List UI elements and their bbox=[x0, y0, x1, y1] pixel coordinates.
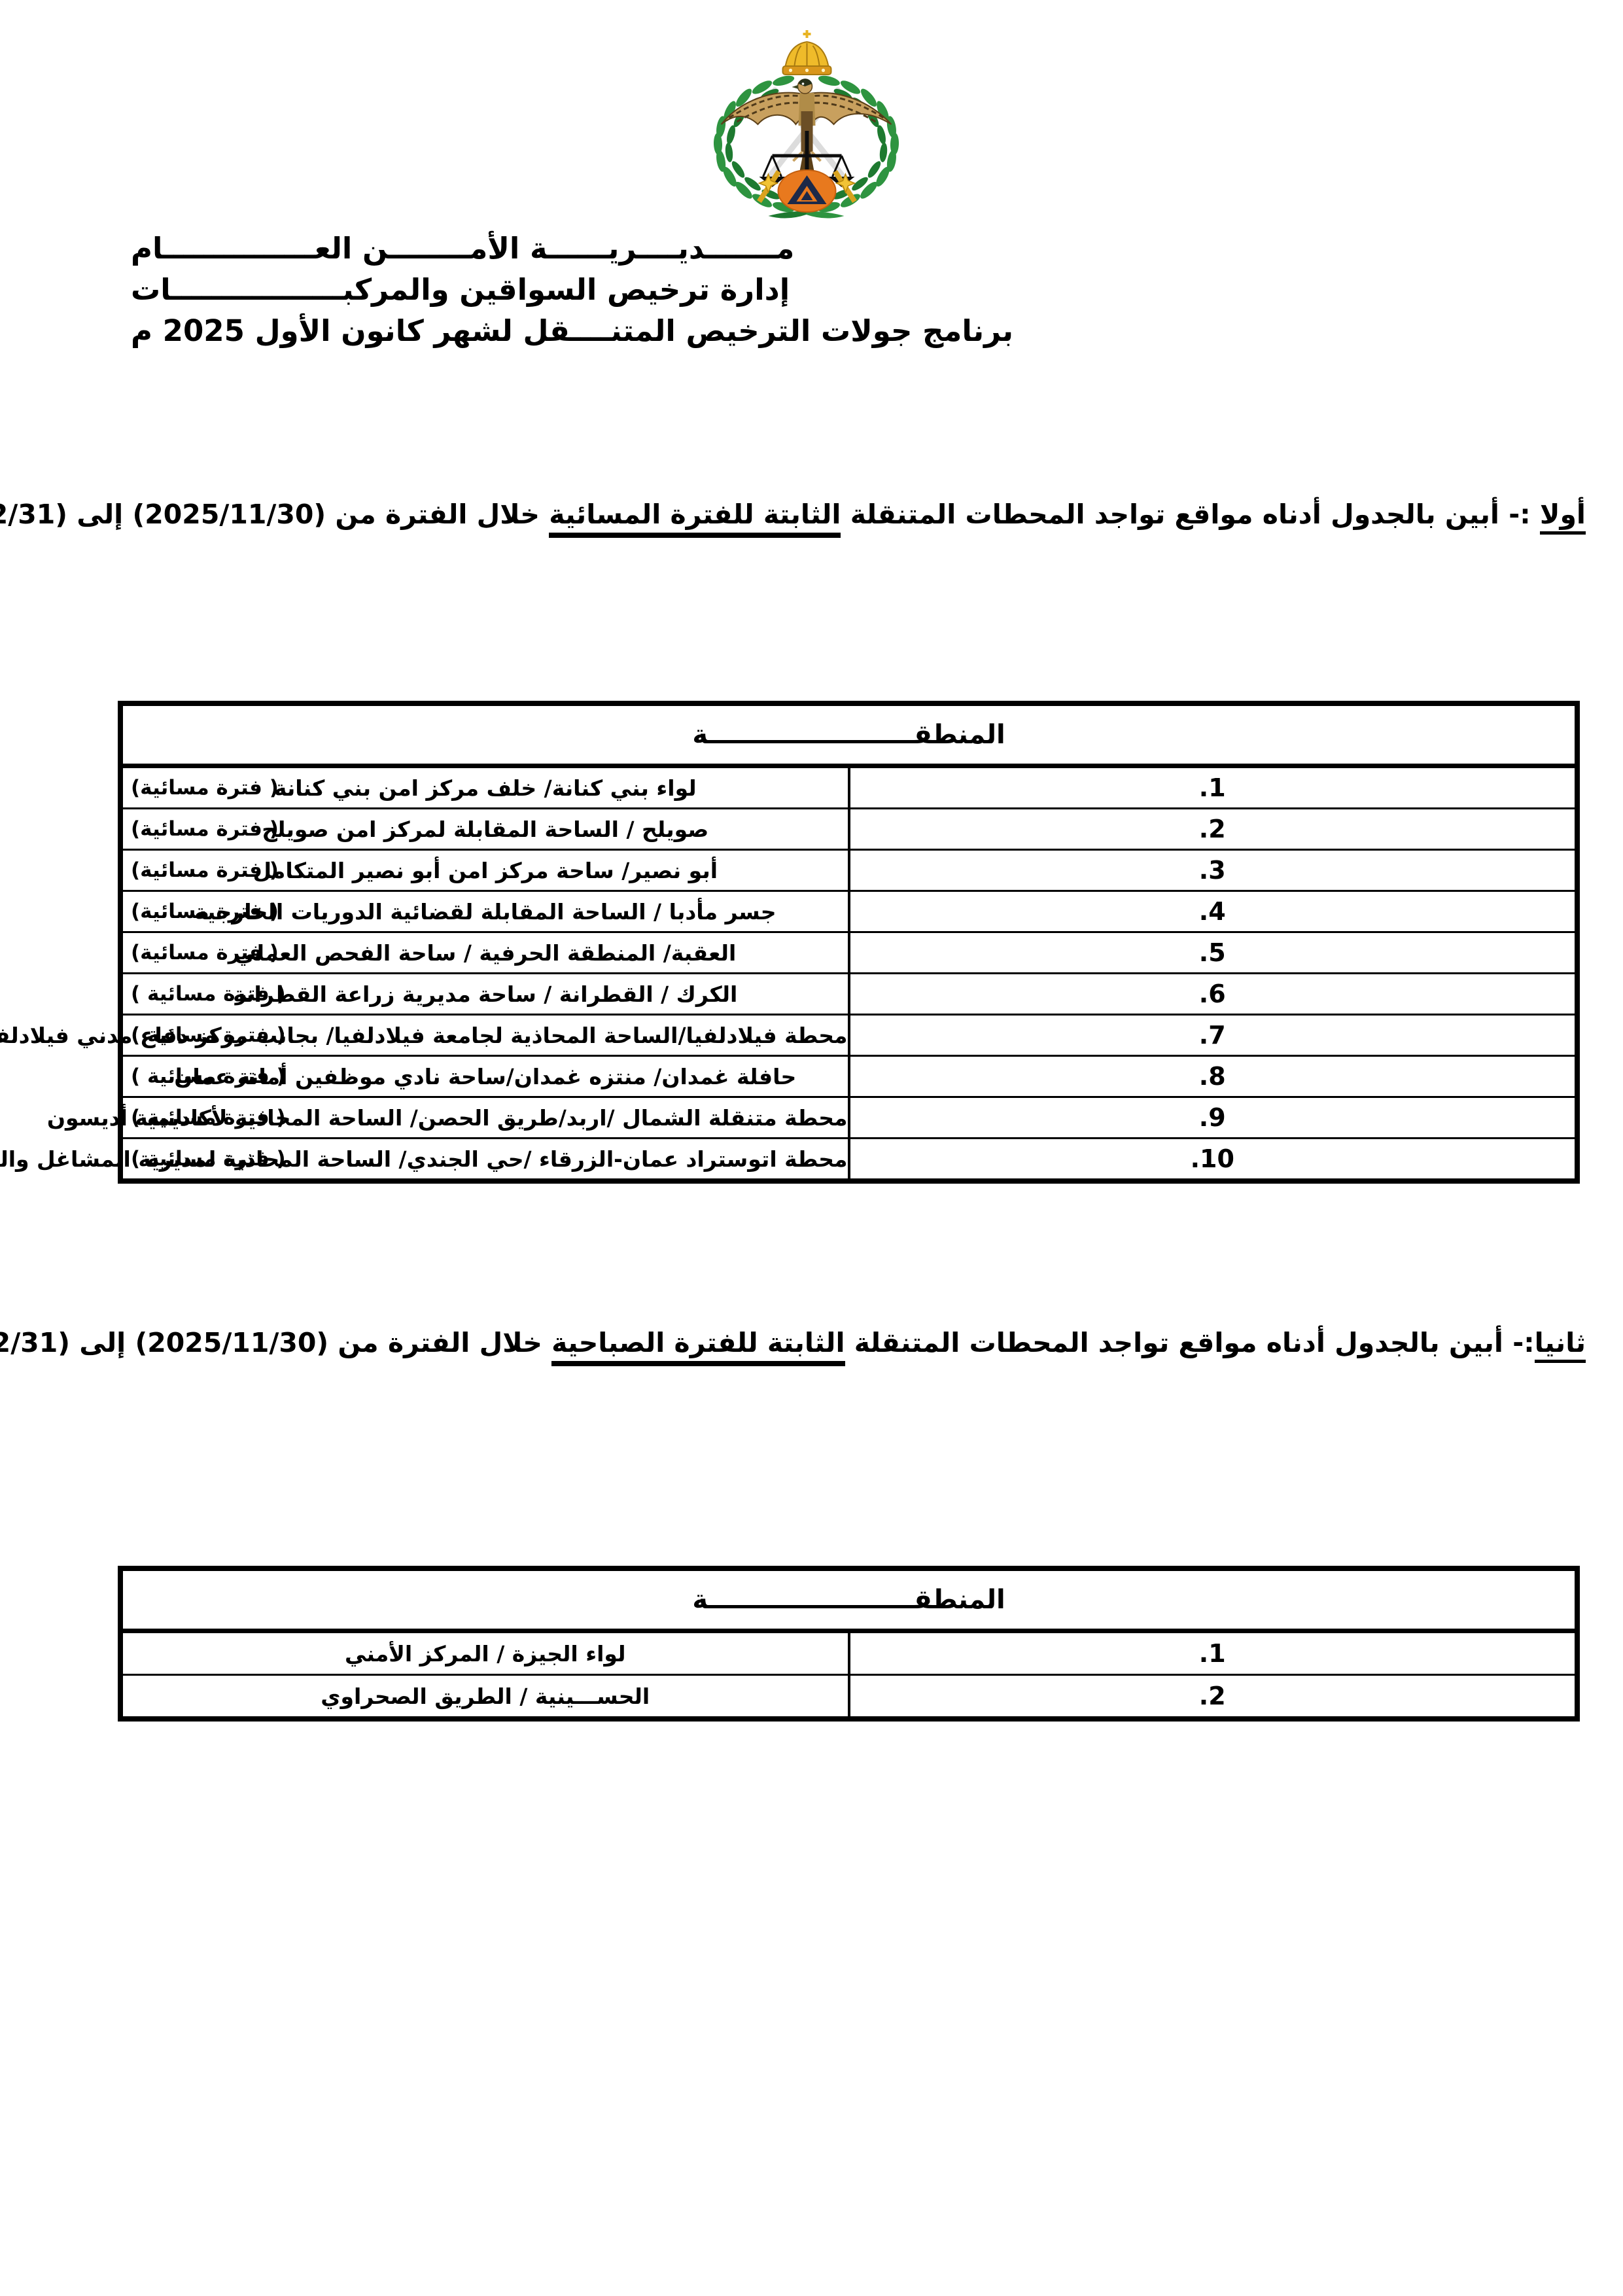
row-number: 5. bbox=[849, 932, 1578, 974]
station-location: صويلح / الساحة المقابلة لمركز امن صويلح bbox=[262, 817, 708, 842]
station-location: لواء الجيزة / المركز الأمني bbox=[345, 1641, 625, 1667]
period-label: ( فترة مسائية ) bbox=[131, 982, 286, 1006]
morning-stations-table: المنطقـــــــــــــــــــــــة 1. لواء ا… bbox=[118, 1566, 1580, 1722]
row-number: 4. bbox=[849, 891, 1578, 932]
station-location: محطة اتوستراد عمان-الزرقاء /حي الجندي/ ا… bbox=[0, 1146, 848, 1172]
table-row: 1. لواء الجيزة / المركز الأمني bbox=[120, 1631, 1577, 1675]
table-row: 6. الكرك / القطرانة / ساحة مديرية زراعة … bbox=[120, 974, 1577, 1015]
header-row: المنطقـــــــــــــــــــــــة bbox=[120, 1568, 1577, 1631]
period-label: ( فترة مسائية ) bbox=[131, 1023, 286, 1047]
second-section-label: ثانيا bbox=[1535, 1327, 1586, 1363]
station-location: لواء بني كنانة/ خلف مركز امن بني كنانة bbox=[274, 775, 697, 801]
table-head: المنطقـــــــــــــــــــــــة bbox=[120, 703, 1577, 766]
intro-date-range: خلال الفترة من (2025/11/30) إلى (2025/12… bbox=[0, 499, 549, 530]
first-section-intro: أولا :- أبين بالجدول أدناه مواقع تواجد ا… bbox=[20, 496, 1586, 533]
directorate-title: مـــــــديــــريــــــة الأمــــــــن ال… bbox=[131, 228, 1066, 269]
table-row: 9. محطة متنقلة الشمال /اربد/طريق الحصن/ … bbox=[120, 1097, 1577, 1139]
row-number: 1. bbox=[849, 1631, 1578, 1675]
letterhead: مـــــــديــــريــــــة الأمــــــــن ال… bbox=[131, 228, 1066, 351]
region-column-header: المنطقـــــــــــــــــــــــة bbox=[120, 1568, 1577, 1631]
period-label: ( فترة مسائية) bbox=[131, 817, 279, 841]
table-row: 7. محطة فيلادلفيا/الساحة المحاذية لجامعة… bbox=[120, 1015, 1577, 1056]
intro-separator: :- bbox=[1499, 499, 1540, 530]
second-section-intro: ثانيا:- أبين بالجدول أدناه مواقع تواجد ا… bbox=[20, 1324, 1586, 1361]
table-row: 10. محطة اتوستراد عمان-الزرقاء /حي الجند… bbox=[120, 1139, 1577, 1182]
document-page: مـــــــديــــريــــــة الأمــــــــن ال… bbox=[0, 0, 1623, 2296]
row-number: 3. bbox=[849, 850, 1578, 891]
table-row: 5. العقبة/ المنطقة الحرفية / ساحة الفحص … bbox=[120, 932, 1577, 974]
intro-separator: :- bbox=[1503, 1327, 1535, 1358]
period-label: ( فترة مسائية ) bbox=[131, 1147, 286, 1171]
row-number: 10. bbox=[849, 1139, 1578, 1182]
region-column-header: المنطقـــــــــــــــــــــــة bbox=[120, 703, 1577, 766]
row-number: 2. bbox=[849, 809, 1578, 850]
table-row: 3. أبو نصير/ ساحة مركز امن أبو نصير المت… bbox=[120, 850, 1577, 891]
evening-period-phrase: الثابتة للفترة المسائية bbox=[549, 499, 841, 538]
period-label: ( فترة مسائية) bbox=[131, 900, 279, 923]
intro-body-text: أبين بالجدول أدناه مواقع تواجد المحطات ا… bbox=[845, 1327, 1503, 1358]
period-label: ( فترة مسائية ) bbox=[131, 1106, 286, 1129]
table-head: المنطقـــــــــــــــــــــــة bbox=[120, 1568, 1577, 1631]
row-number: 9. bbox=[849, 1097, 1578, 1139]
table-row: 2. الحســـينية / الطريق الصحراوي bbox=[120, 1675, 1577, 1720]
period-label: ( فترة مسائية ) bbox=[131, 1065, 286, 1088]
row-number: 7. bbox=[849, 1015, 1578, 1056]
station-location: العقبة/ المنطقة الحرفية / ساحة الفحص الع… bbox=[234, 940, 736, 966]
row-number: 2. bbox=[849, 1675, 1578, 1720]
department-title: إدارة ترخيص السواقين والمركبــــــــــــ… bbox=[131, 269, 1066, 310]
table-row: 2. صويلح / الساحة المقابلة لمركز امن صوي… bbox=[120, 809, 1577, 850]
period-label: ( فترة مسائية) bbox=[131, 941, 279, 964]
table-row: 1. لواء بني كنانة/ خلف مركز امن بني كنان… bbox=[120, 766, 1577, 809]
station-location: الكرك / القطرانة / ساحة مديرية زراعة الق… bbox=[233, 981, 737, 1007]
row-number: 8. bbox=[849, 1056, 1578, 1097]
evening-stations-table: المنطقـــــــــــــــــــــــة 1. لواء ب… bbox=[118, 701, 1580, 1184]
intro-date-range: خلال الفترة من (2025/11/30) إلى (2025/12… bbox=[0, 1327, 551, 1358]
public-security-emblem-icon bbox=[693, 26, 919, 222]
station-location: أبو نصير/ ساحة مركز امن أبو نصير المتكام… bbox=[253, 858, 718, 883]
period-label: ( فترة مسائية) bbox=[131, 858, 279, 882]
intro-body-text: أبين بالجدول أدناه مواقع تواجد المحطات ا… bbox=[841, 499, 1499, 530]
station-location: جسر مأدبا / الساحة المقابلة لقضائية الدو… bbox=[194, 899, 777, 925]
period-label: ( فترة مسائية) bbox=[131, 776, 279, 800]
program-title: برنامج جولات الترخيص المتنــــقل لشهر كا… bbox=[131, 310, 1066, 351]
first-section-label: أولا bbox=[1540, 499, 1586, 535]
station-location: محطة فيلادلفيا/الساحة المحاذية لجامعة في… bbox=[0, 1023, 848, 1048]
table-row: 4. جسر مأدبا / الساحة المقابلة لقضائية ا… bbox=[120, 891, 1577, 932]
morning-period-phrase: الثابتة للفترة الصباحية bbox=[551, 1327, 845, 1366]
station-location: الحســـينية / الطريق الصحراوي bbox=[321, 1684, 650, 1709]
table-row: 8. حافلة غمدان/ منتزه غمدان/ساحة نادي مو… bbox=[120, 1056, 1577, 1097]
row-number: 1. bbox=[849, 766, 1578, 809]
header-row: المنطقـــــــــــــــــــــــة bbox=[120, 703, 1577, 766]
row-number: 6. bbox=[849, 974, 1578, 1015]
